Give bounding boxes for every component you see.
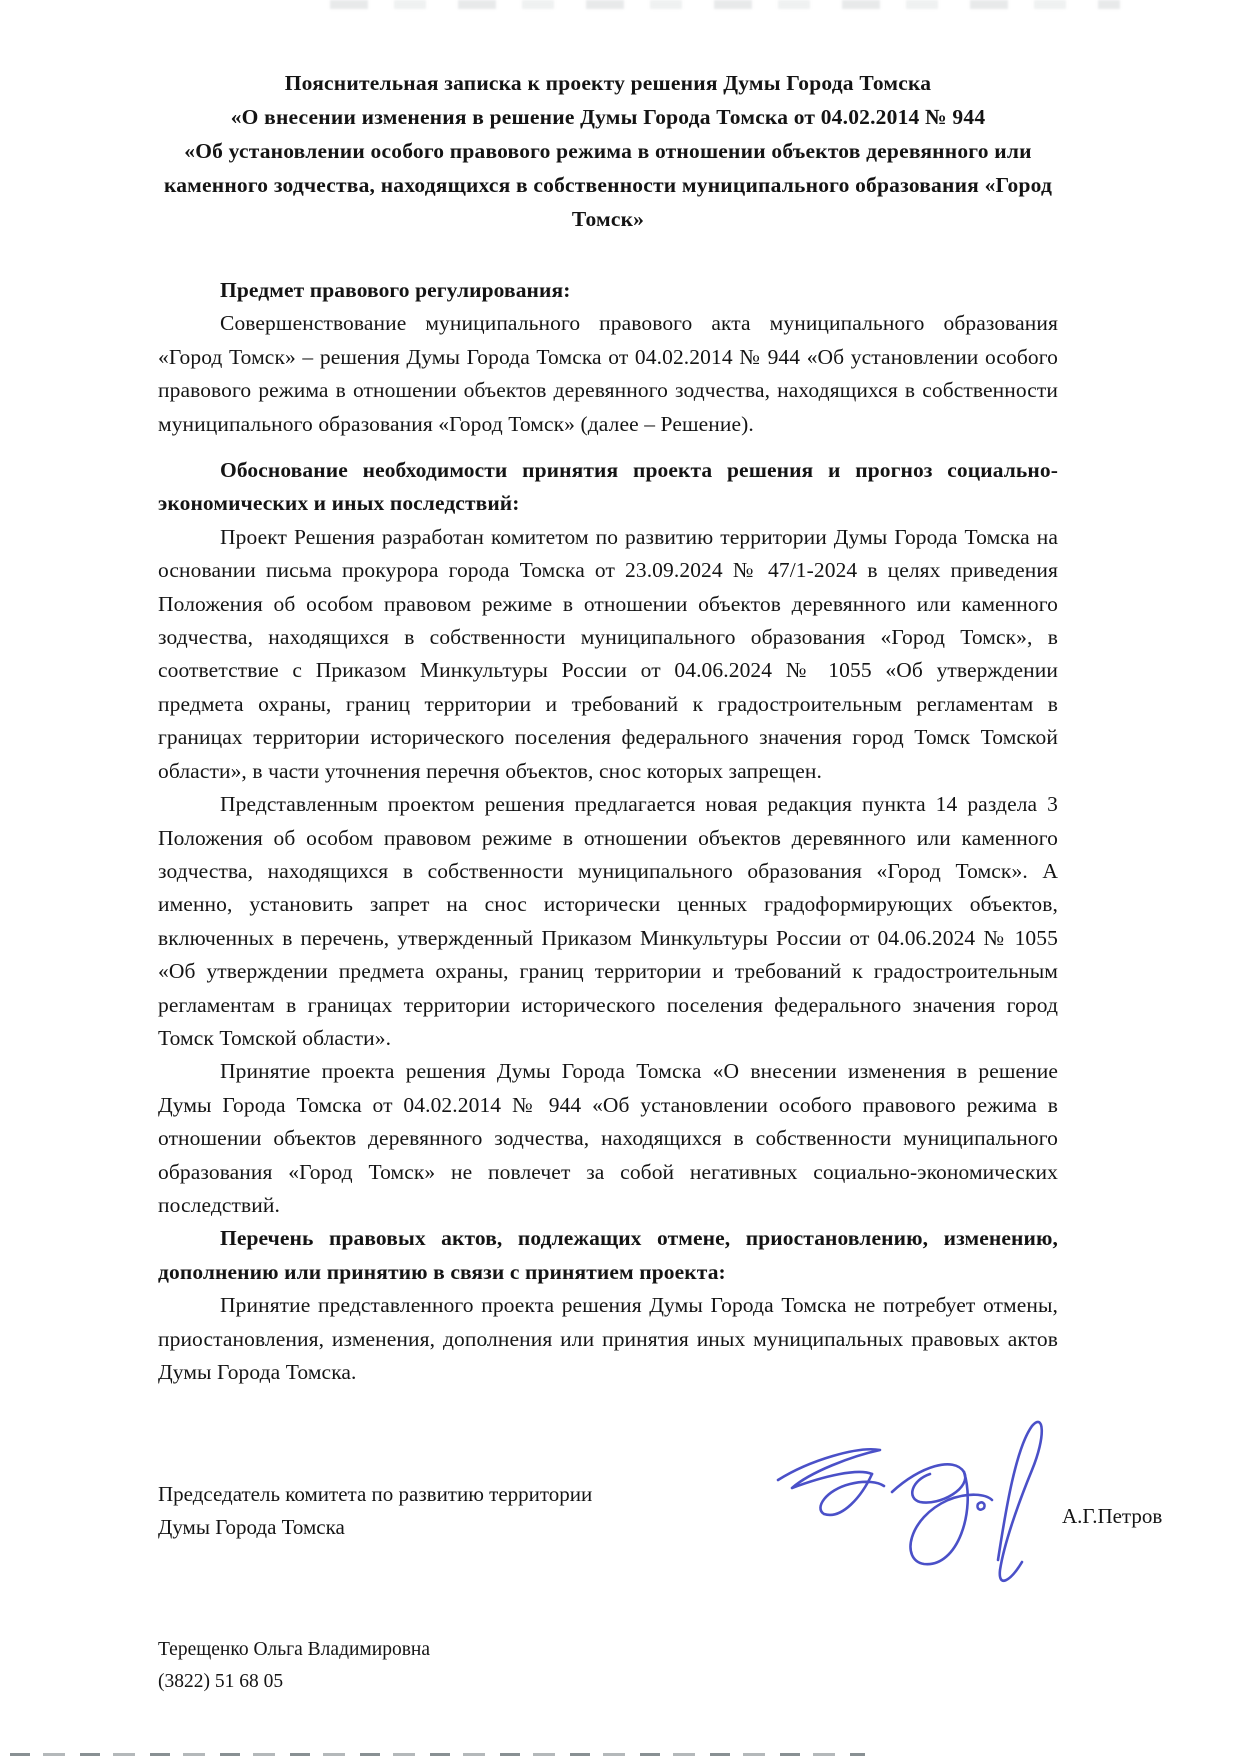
footer-contact: Терещенко Ольга Владимировна (3822) 51 6… (158, 1634, 430, 1698)
document-body: Предмет правового регулирования: Соверше… (158, 274, 1058, 1389)
section-heading: Обоснование необходимости принятия проек… (158, 454, 1058, 521)
title-line: Пояснительная записка к проекту решения … (158, 66, 1058, 100)
footer-contact-name: Терещенко Ольга Владимировна (158, 1634, 430, 1666)
signature-name: А.Г.Петров (1062, 1504, 1162, 1529)
paragraph: Принятие представленного проекта решения… (158, 1289, 1058, 1389)
section-heading: Перечень правовых актов, подлежащих отме… (158, 1222, 1058, 1289)
scanned-document: { "header": { "title_lines": [ "Поясните… (0, 0, 1235, 1758)
section-heading: Предмет правового регулирования: (158, 274, 1058, 307)
signature-role-line: Председатель комитета по развитию террит… (158, 1478, 718, 1511)
title-line: «О внесении изменения в решение Думы Гор… (158, 100, 1058, 134)
handwritten-signature (762, 1392, 1062, 1632)
paragraph: Представленным проектом решения предлага… (158, 788, 1058, 1055)
title-line: «Об установлении особого правового режим… (158, 134, 1058, 236)
signature-ink-icon (762, 1392, 1062, 1632)
scan-artifact-bottom-edge (10, 1753, 865, 1756)
paragraph: Принятие проекта решения Думы Города Том… (158, 1055, 1058, 1222)
paragraph: Совершенствование муниципального правово… (158, 307, 1058, 441)
signature-role-line: Думы Города Томска (158, 1511, 718, 1544)
signature-role-title: Председатель комитета по развитию террит… (158, 1478, 718, 1544)
paragraph: Проект Решения разработан комитетом по р… (158, 521, 1058, 788)
document-title: Пояснительная записка к проекту решения … (158, 66, 1058, 236)
footer-phone: (3822) 51 68 05 (158, 1666, 430, 1698)
